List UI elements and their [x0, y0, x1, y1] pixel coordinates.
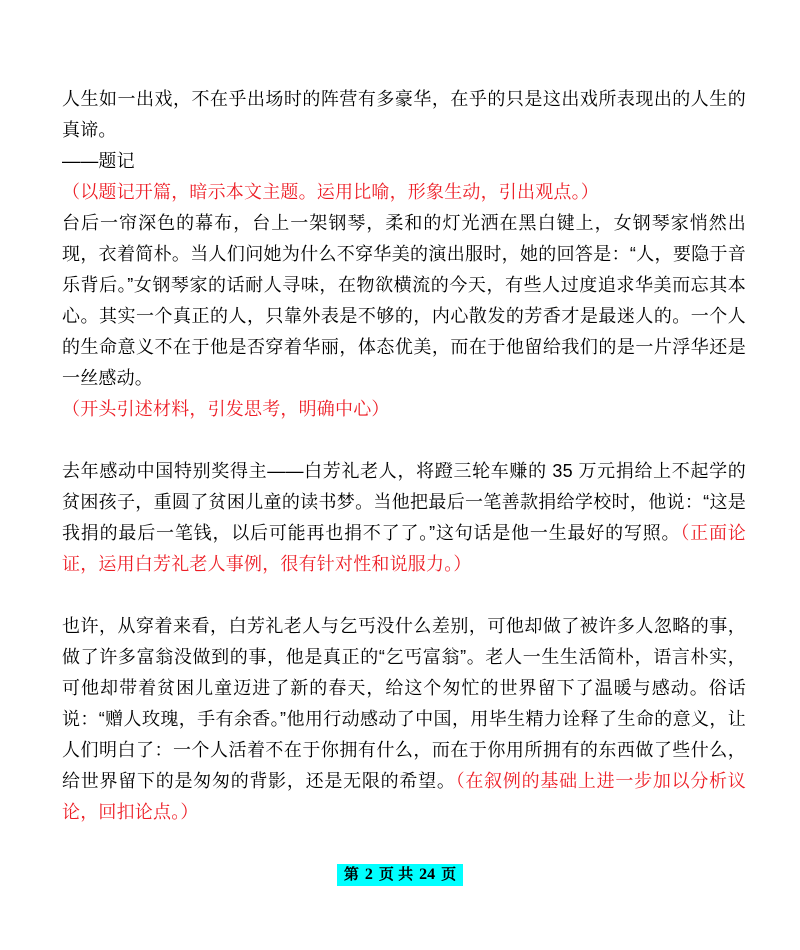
- essay-body: 人生如一出戏，不在乎出场时的阵营有多豪华，在乎的只是这出戏所表现出的人生的真谛。…: [62, 84, 746, 828]
- essay-paragraph-opening: 人生如一出戏，不在乎出场时的阵营有多豪华，在乎的只是这出戏所表现出的人生的真谛。: [62, 84, 746, 146]
- essay-paragraph-3: 去年感动中国特别奖得主——白芳礼老人，将蹬三轮车赚的 35 万元捐给上不起学的贫…: [62, 456, 746, 580]
- essay-paragraph-3-text: 去年感动中国特别奖得主——白芳礼老人，将蹬三轮车赚的 35 万元捐给上不起学的贫…: [62, 461, 746, 543]
- footer-label-di: 第: [344, 866, 359, 883]
- document-page: 人生如一出戏，不在乎出场时的阵营有多豪华，在乎的只是这出戏所表现出的人生的真谛。…: [0, 0, 800, 950]
- footer-current-page-number: 2: [365, 866, 373, 883]
- epigraph-label: ——题记: [62, 146, 746, 177]
- page-footer: 第2页 共24页: [0, 864, 800, 886]
- footer-label-ye: 页: [441, 866, 456, 883]
- teacher-annotation-1: （以题记开篇，暗示本文主题。运用比喻，形象生动，引出观点。）: [62, 177, 746, 208]
- teacher-annotation-2: （开头引述材料，引发思考，明确中心）: [62, 394, 746, 425]
- footer-label-mid: 页 共: [379, 866, 413, 883]
- footer-total-pages-number: 24: [419, 866, 435, 883]
- essay-paragraph-4-text: 也许，从穿着来看，白芳礼老人与乞丐没什么差别，可他却做了被许多人忽略的事，做了许…: [62, 616, 746, 791]
- page-number-indicator: 第2页 共24页: [337, 864, 463, 886]
- essay-paragraph-4: 也许，从穿着来看，白芳礼老人与乞丐没什么差别，可他却做了被许多人忽略的事，做了许…: [62, 611, 746, 828]
- essay-paragraph-2: 台后一帘深色的幕布，台上一架钢琴，柔和的灯光洒在黑白键上，女钢琴家悄然出现，衣着…: [62, 208, 746, 394]
